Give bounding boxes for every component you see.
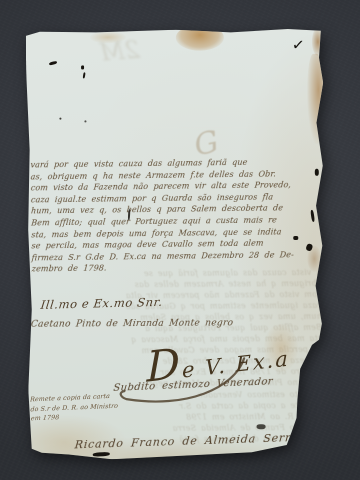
ink-blot-bottom (257, 424, 266, 429)
stain-top-left (90, 31, 126, 43)
manuscript-photo: q vista cauza das algumas fariã que seob… (0, 0, 360, 480)
ink-blot-bottom (93, 452, 110, 457)
ink-speck (59, 118, 61, 120)
ink-speck (83, 72, 86, 78)
bleed-through-flourish: 2M (99, 36, 141, 67)
manuscript-paper: q vista cauza das algumas fariã que seob… (26, 28, 326, 460)
ink-speck (49, 61, 58, 66)
stain-top-right-corner (312, 28, 324, 56)
ink-blot-right-edge (310, 210, 315, 222)
letter-body-text: vará por que vista cauza das algumas far… (30, 156, 294, 275)
checkmark-ink-mark: ✓ (291, 35, 305, 54)
addressee-name: Caetano Pinto de Miranda Monte negro (30, 318, 234, 329)
stain-top-center (176, 24, 224, 50)
paper-shadow-wrap: q vista cauza das algumas fariã que seob… (0, 0, 360, 480)
marginal-note: Remete a copia da cartado S.r de D. R. a… (30, 392, 119, 424)
ink-blot-right-edge (305, 243, 313, 252)
stain-right-edge (307, 54, 324, 144)
ink-blot-right-edge (315, 169, 319, 176)
ink-speck (84, 120, 86, 122)
ink-speck (81, 65, 84, 69)
ink-blot-right-edge (293, 236, 298, 240)
